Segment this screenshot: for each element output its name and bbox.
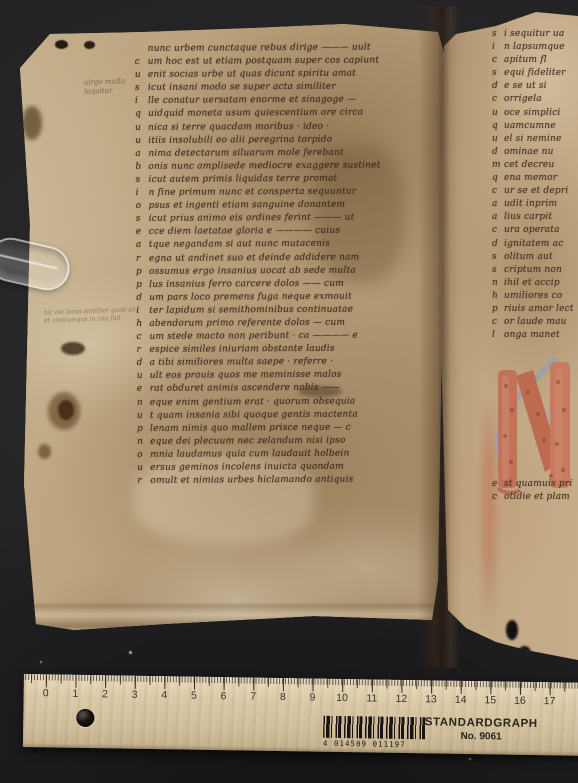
marginal-note-line: uirgo multa	[84, 77, 126, 87]
manuscript-line: uel si nemine	[492, 133, 578, 146]
barcode-bars	[323, 716, 425, 740]
ruler-number: 14	[446, 694, 476, 706]
small-stain	[38, 444, 51, 459]
manuscript-text-block: nunc urbem cunctaque rebus dirige ——— uu…	[135, 41, 438, 488]
dust-speck	[40, 661, 42, 663]
manuscript-line: quamcumne	[492, 120, 578, 133]
manuscript-line: in lapsumque	[492, 41, 578, 54]
manuscript-left-page: uirgo multa loquitur hic est locus simil…	[14, 24, 446, 640]
marginal-note-line: loquitur	[84, 86, 126, 96]
ruler-hanging-hole	[76, 709, 94, 727]
manuscript-line: si sequitur ua	[492, 28, 578, 41]
edge-stain	[22, 106, 42, 140]
ruler-number: 3	[120, 689, 150, 701]
centimetre-ruler: 01234567891011121314151617 4 014509 0111…	[23, 674, 578, 756]
ruler-branding: STANDARDGRAPH No. 9061	[423, 716, 539, 743]
marginal-note-top: uirgo multa loquitur	[84, 77, 126, 95]
ruler-number: 4	[149, 689, 179, 701]
manuscript-line: est quamuis pri	[492, 478, 578, 491]
ruler-number: 9	[298, 691, 328, 703]
ruler-number: 1	[60, 688, 90, 700]
manuscript-line: longa manet	[492, 329, 578, 342]
photo-stage: uirgo multa loquitur hic est locus simil…	[0, 0, 578, 783]
dust-speck	[129, 651, 132, 654]
binding-gutter-shadow	[418, 6, 460, 668]
ruler-number: 0	[31, 687, 61, 699]
ruler-model-number: No. 9061	[423, 730, 539, 743]
manuscript-line: audit inprim	[492, 198, 578, 211]
ruler-number: 6	[209, 690, 239, 702]
ruler-number: 2	[90, 688, 120, 700]
manuscript-line: sequi fideliter	[492, 67, 578, 80]
manuscript-line: mcet decreu	[492, 159, 578, 172]
ruler-number: 8	[268, 691, 298, 703]
manuscript-line: capitum fl	[492, 54, 578, 67]
manuscript-line: alius carpit	[492, 211, 578, 224]
manuscript-line: humiliores co	[492, 290, 578, 303]
ink-blot-stain	[61, 342, 85, 355]
wormhole-stain	[55, 40, 68, 49]
wormhole-stain	[84, 41, 95, 49]
manuscript-line: scriptum non	[492, 264, 578, 277]
marginal-note-middle: hic est locus similiter quod ad et omniu…	[44, 306, 136, 325]
manuscript-line: nihil et accip	[492, 277, 578, 290]
ruler-number: 15	[475, 694, 505, 706]
manuscript-line: priuis amor lect	[492, 303, 578, 316]
manuscript-line: dignitatem ac	[492, 238, 578, 251]
manuscript-line: solitum aut	[492, 251, 578, 264]
edge-notch-stain	[506, 620, 518, 640]
edge-notch-stain	[518, 646, 531, 660]
ruler-number: 13	[416, 693, 446, 705]
ruler-number: 5	[179, 689, 209, 701]
ruler-number: 10	[327, 692, 357, 704]
page-bottom-fold	[32, 604, 437, 628]
manuscript-line: romult et nimias urbes hiclamando antiqu…	[137, 473, 437, 488]
ruler-number: 11	[357, 692, 387, 704]
manuscript-line: cur se et depri	[492, 185, 578, 198]
manuscript-line: de se ut si	[492, 80, 578, 93]
barcode-digits: 4 014509 011197	[323, 739, 427, 750]
manuscript-line: cotidie et plam	[492, 491, 578, 504]
ruler-number: 16	[505, 695, 535, 707]
ruler-number: 12	[386, 693, 416, 705]
brown-blob-core	[58, 400, 74, 420]
facing-page-text-block: si sequitur ua in lapsumque capitum fl s…	[492, 28, 578, 342]
manuscript-line: dominae nu	[492, 146, 578, 159]
manuscript-line: corrigela	[492, 93, 578, 106]
manuscript-line: cura operata	[492, 224, 578, 237]
ruler-brand-name: STANDARDGRAPH	[423, 716, 539, 730]
manuscript-line: qena memor	[492, 172, 578, 185]
facing-page-lower-text: est quamuis pri cotidie et plam	[492, 478, 578, 504]
ruler-number: 17	[535, 695, 565, 707]
dust-speck	[469, 758, 471, 760]
barcode: 4 014509 011197	[323, 716, 427, 750]
ruler-number: 7	[238, 690, 268, 702]
manuscript-line: cor laude mau	[492, 316, 578, 329]
manuscript-line: uoce simplici	[492, 107, 578, 120]
